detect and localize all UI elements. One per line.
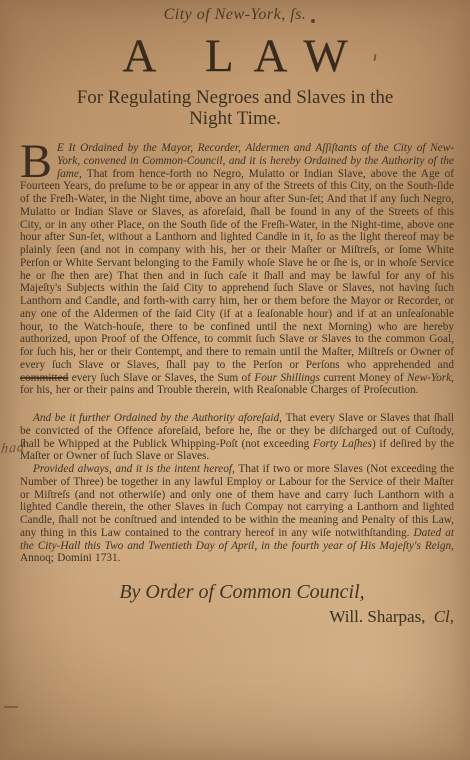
text-run: Provided always, and it is the intent he…	[33, 463, 238, 475]
drop-cap: B	[20, 142, 57, 180]
text-run: current Money of	[320, 372, 407, 384]
paragraph: And be it further Ordained by the Author…	[20, 412, 454, 463]
signature-line: Will. Sharpas, Cl,	[0, 607, 470, 627]
law-subtitle: For Regulating Negroes and Slaves in the…	[0, 87, 470, 129]
text-run: Annoq; Domini 1731.	[20, 552, 120, 564]
struck-word: committed	[20, 372, 68, 384]
order-line: By Order of Common Council,	[0, 581, 470, 604]
text-run: every ſuch Slave or Slaves, the Sum of	[68, 372, 254, 384]
text-run: That from hence-forth no Negro, Mulatto …	[20, 168, 454, 371]
paragraph: Provided always, and it is the intent he…	[20, 463, 454, 565]
text-run: Four Shillings	[254, 372, 320, 384]
paragraph: BE It Ordained by the Mayor, Recorder, A…	[20, 142, 454, 397]
text-run: Forty Laſhes	[313, 438, 372, 450]
subtitle-line: For Regulating Negroes and Slaves in the	[0, 87, 470, 108]
subtitle-line: Night Time.	[0, 108, 470, 129]
handwritten-margin-note: had	[0, 440, 26, 459]
place-line: City of New-York, ſs.	[0, 0, 470, 24]
law-title: A LAW	[0, 32, 470, 80]
text-run: And be it further Ordained by the Author…	[33, 412, 286, 424]
document-body: BE It Ordained by the Mayor, Recorder, A…	[20, 142, 454, 565]
broadside-page: City of New-York, ſs. A LAW For Regulati…	[0, 0, 470, 760]
signature-name: Will. Sharpas,	[329, 607, 425, 626]
signature-title: Cl,	[430, 607, 454, 626]
text-run: New-York	[407, 372, 451, 384]
